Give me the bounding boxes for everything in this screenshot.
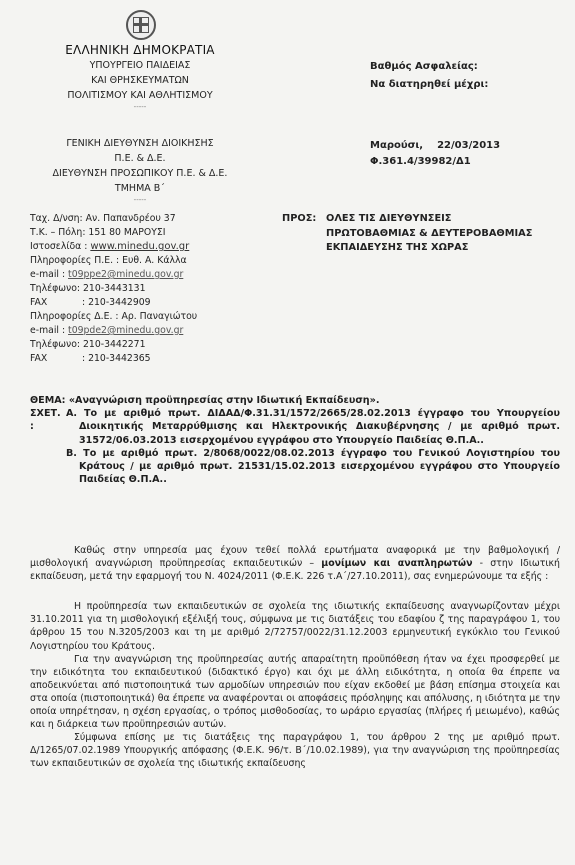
ministry-name-line3: ΠΟΛΙΤΙΣΜΟΥ ΚΑΙ ΑΘΛΗΤΙΣΜΟΥ	[40, 88, 240, 103]
separator: -----	[40, 103, 240, 111]
recipient-block: ΠΡΟΣ:ΟΛΕΣ ΤΙΣ ΔΙΕΥΘΥΝΣΕΙΣ ΠΡΩΤΟΒΑΘΜΙΑΣ &…	[282, 212, 532, 256]
pe-phone: Τηλέφωνο: 210-3443131	[30, 282, 197, 296]
date: 22/03/2013	[437, 140, 500, 151]
subject-block: ΘΕΜΑ: «Αναγνώριση προϋπηρεσίας στην Ιδιω…	[30, 394, 560, 486]
website-link[interactable]: www.minedu.gov.gr	[90, 241, 189, 252]
ministry-name: ΥΠΟΥΡΓΕΙΟ ΠΑΙΔΕΙΑΣ	[40, 58, 240, 73]
paragraph: Για την αναγνώριση της προϋπηρεσίας αυτή…	[30, 653, 560, 732]
general-directorate-scope: Π.Ε. & Δ.Ε.	[40, 151, 240, 166]
department-header: ΓΕΝΙΚΗ ΔΙΕΥΘΥΝΣΗ ΔΙΟΙΚΗΣΗΣ Π.Ε. & Δ.Ε. Δ…	[40, 136, 240, 204]
de-email-label: e-mail :	[30, 325, 68, 336]
reference-b: Β. Το με αριθμό πρωτ. 2/8068/0022/08.02.…	[66, 447, 560, 487]
general-directorate: ΓΕΝΙΚΗ ΔΙΕΥΘΥΝΣΗ ΔΙΟΙΚΗΣΗΣ	[40, 136, 240, 151]
de-fax-label: FAX	[30, 352, 82, 366]
contact-block: Ταχ. Δ/νση: Αν. Παπανδρέου 37 Τ.Κ. – Πόλ…	[30, 212, 197, 366]
pe-info: Πληροφορίες Π.Ε. : Ευθ. Α. Κάλλα	[30, 254, 197, 268]
ministry-name-line2: ΚΑΙ ΘΡΗΣΚΕΥΜΑΤΩΝ	[40, 73, 240, 88]
pe-email-label: e-mail :	[30, 269, 68, 280]
address: Ταχ. Δ/νση: Αν. Παπανδρέου 37	[30, 212, 197, 226]
website-label: Ιστοσελίδα :	[30, 241, 90, 252]
dateline: Μαρούσι,22/03/2013 Φ.361.4/39982/Δ1	[370, 138, 500, 170]
personnel-directorate: ΔΙΕΥΘΥΝΣΗ ΠΡΟΣΩΠΙΚΟΥ Π.Ε. & Δ.Ε.	[40, 166, 240, 181]
republic-title: ΕΛΛΗΝΙΚΗ ΔΗΜΟΚΡΑΤΙΑ	[40, 43, 240, 58]
subject-title: ΘΕΜΑ: «Αναγνώριση προϋπηρεσίας στην Ιδιω…	[30, 394, 560, 407]
section-name: ΤΜΗΜΑ Β΄	[40, 181, 240, 196]
recipient-label: ΠΡΟΣ:	[282, 212, 326, 227]
postcode-city: Τ.Κ. – Πόλη: 151 80 ΜΑΡΟΥΣΙ	[30, 226, 197, 240]
greek-coat-of-arms-icon	[126, 10, 156, 40]
de-phone: Τηλέφωνο: 210-3442271	[30, 338, 197, 352]
paragraph: Σύμφωνα επίσης με τις διατάξεις της παρα…	[30, 731, 560, 770]
de-fax: : 210-3442365	[82, 353, 151, 364]
de-email-link[interactable]: t09pde2@minedu.gov.gr	[68, 325, 183, 336]
recipient-line: ΟΛΕΣ ΤΙΣ ΔΙΕΥΘΥΝΣΕΙΣ	[326, 213, 452, 224]
ministry-header: ΕΛΛΗΝΙΚΗ ΔΗΜΟΚΡΑΤΙΑ ΥΠΟΥΡΓΕΙΟ ΠΑΙΔΕΙΑΣ Κ…	[40, 43, 240, 111]
letter-body: Καθώς στην υπηρεσία μας έχουν τεθεί πολλ…	[30, 544, 560, 771]
reference-a: Α. Το με αριθμό πρωτ. ΔΙΔΑΔ/Φ.31.31/1572…	[66, 407, 560, 447]
pe-fax: : 210-3442909	[82, 297, 151, 308]
recipient-line: ΠΡΩΤΟΒΑΘΜΙΑΣ & ΔΕΥΤΕΡΟΒΑΘΜΙΑΣ	[282, 227, 532, 242]
emphasis-text: μονίμων και αναπληρωτών	[321, 558, 472, 569]
place: Μαρούσι,	[370, 140, 423, 151]
protocol-number: Φ.361.4/39982/Δ1	[370, 154, 500, 170]
references-label: ΣΧΕΤ. :	[30, 407, 66, 486]
separator: -----	[40, 196, 240, 204]
paragraph-intro: Καθώς στην υπηρεσία μας έχουν τεθεί πολλ…	[30, 544, 560, 583]
retain-until-label: Να διατηρηθεί μέχρι:	[370, 76, 488, 94]
recipient-line: ΕΚΠΑΙΔΕΥΣΗΣ ΤΗΣ ΧΩΡΑΣ	[282, 241, 532, 256]
security-classification-label: Βαθμός Ασφαλείας:	[370, 58, 488, 76]
security-block: Βαθμός Ασφαλείας: Να διατηρηθεί μέχρι:	[370, 58, 488, 94]
paragraph: Η προϋπηρεσία των εκπαιδευτικών σε σχολε…	[30, 600, 560, 652]
de-info: Πληροφορίες Δ.Ε. : Αρ. Παναγιώτου	[30, 310, 197, 324]
pe-email-link[interactable]: t09ppe2@minedu.gov.gr	[68, 269, 183, 280]
pe-fax-label: FAX	[30, 296, 82, 310]
cross-shield-icon	[133, 17, 149, 33]
